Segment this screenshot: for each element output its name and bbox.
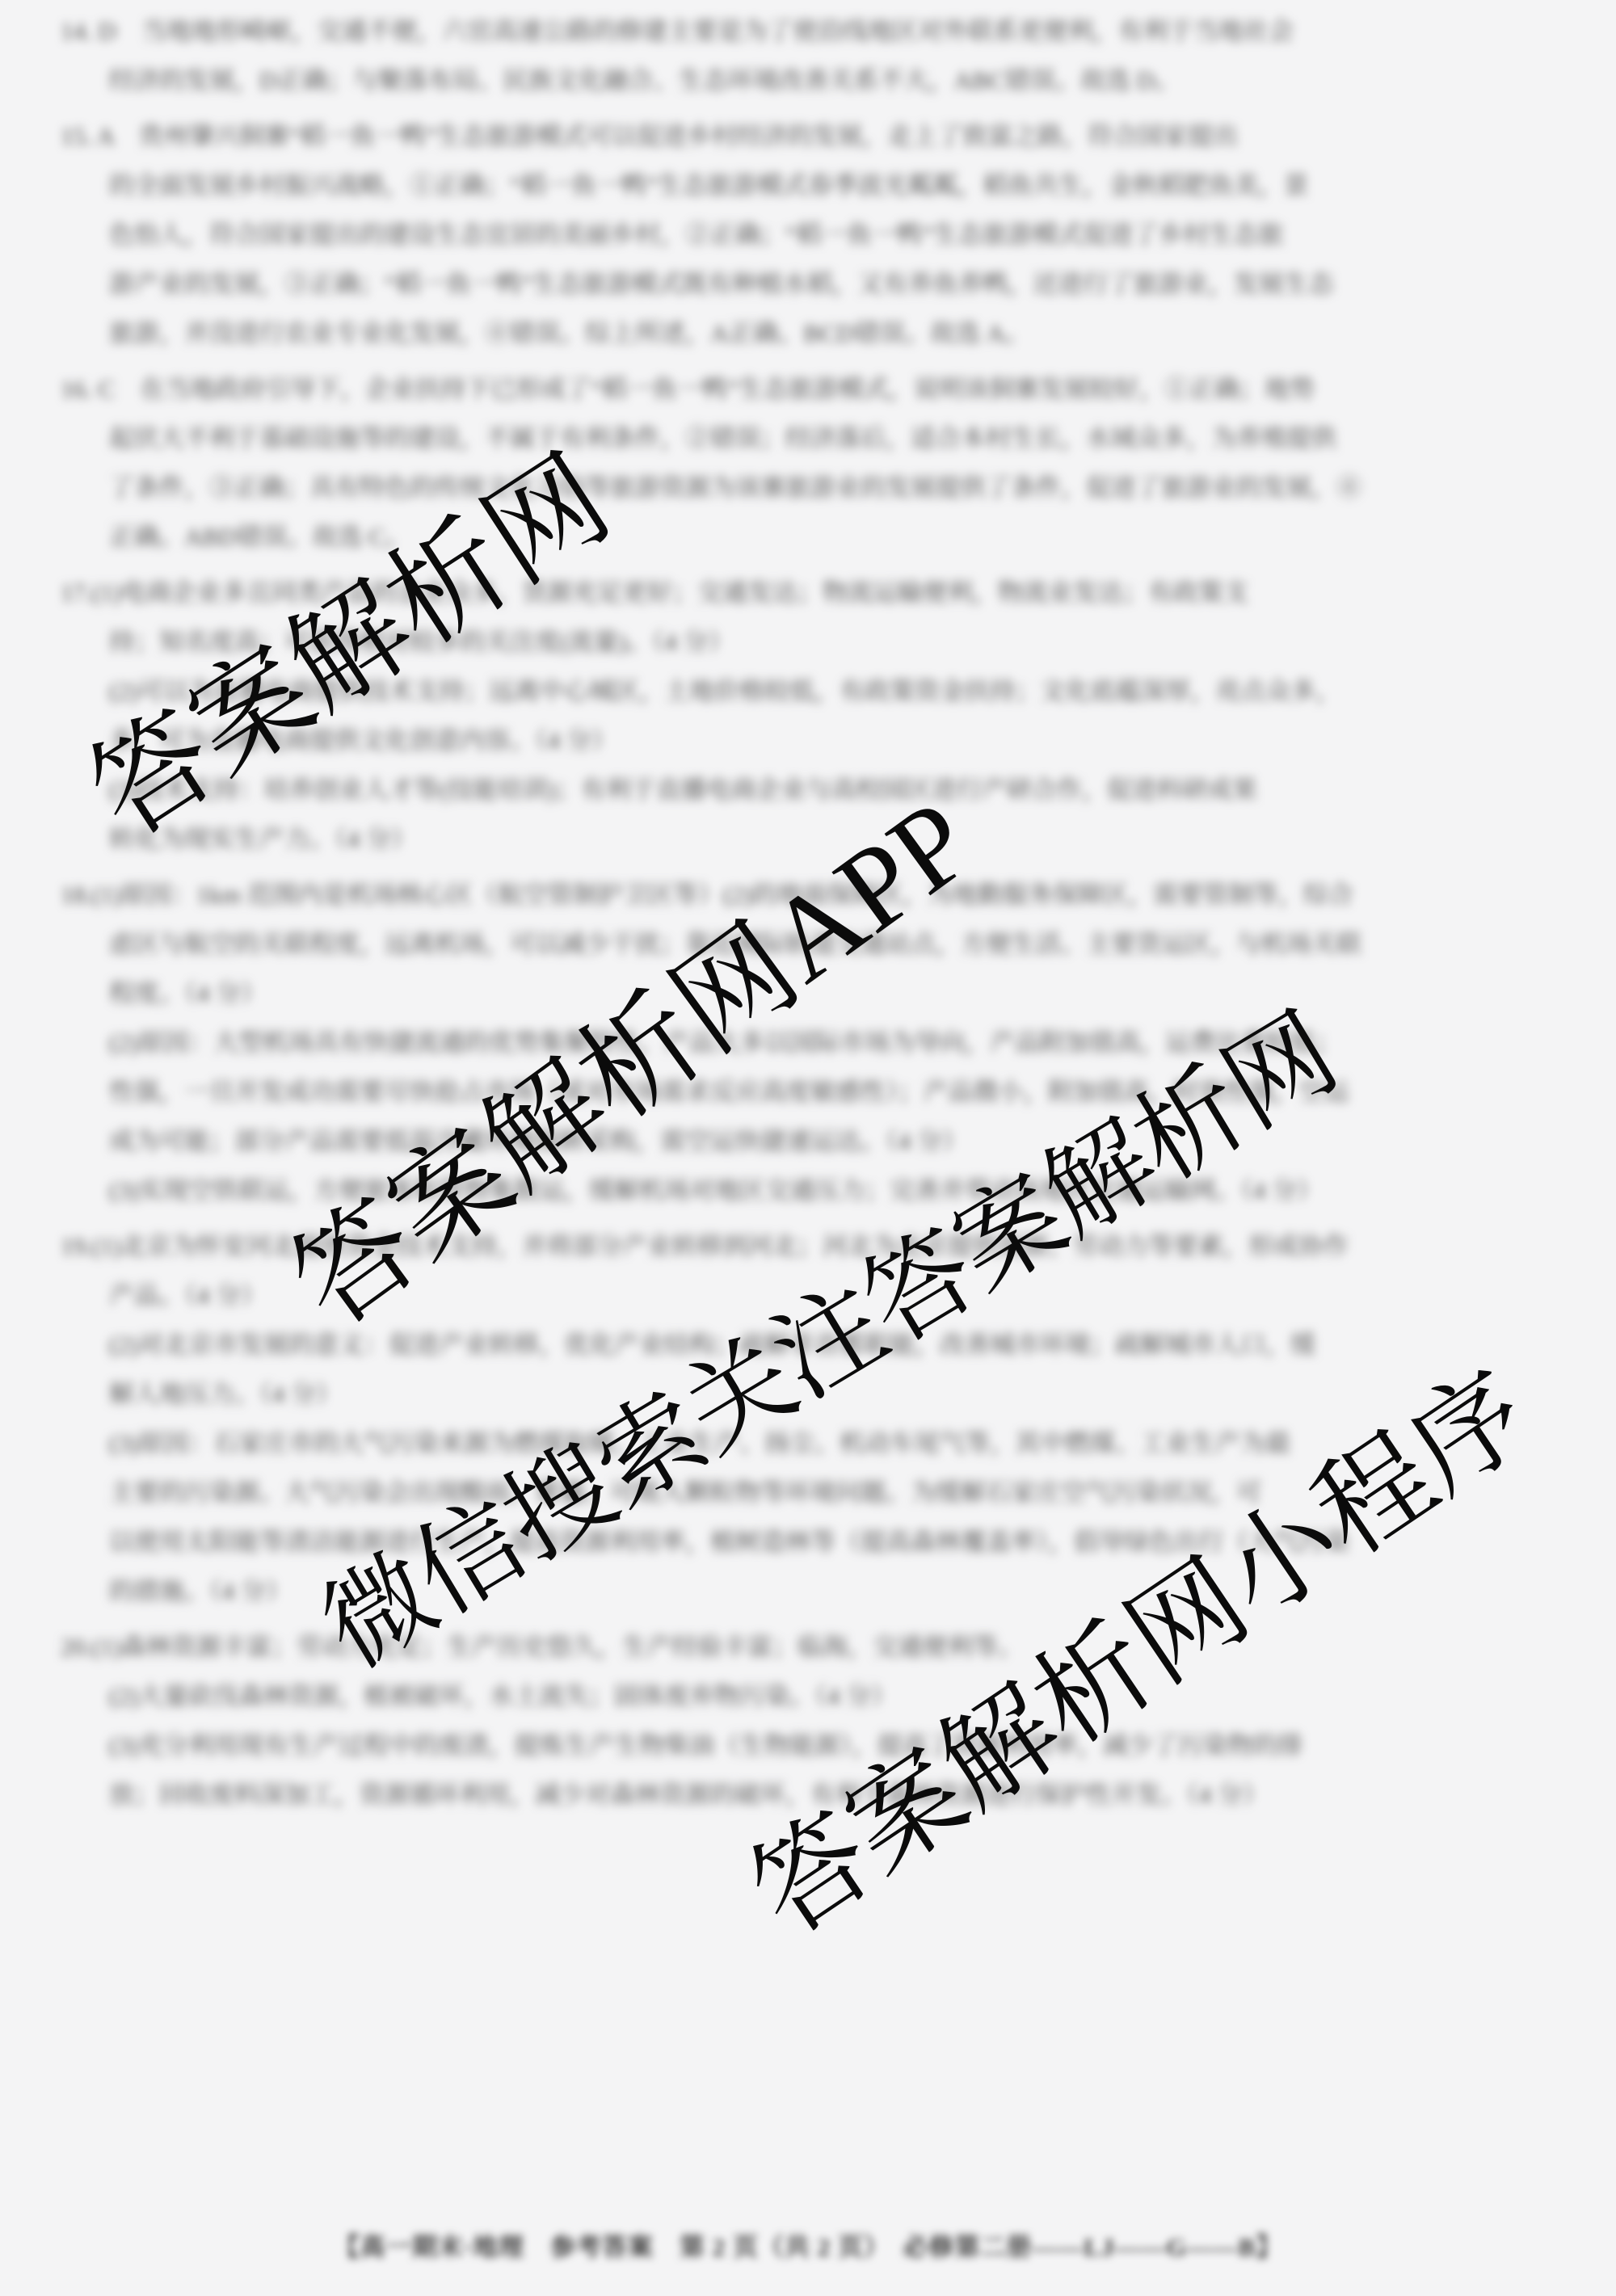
answer-line: 解人地压力。（4 分） [61, 1369, 1580, 1419]
answer-text-block: 14. D 当地地形崎岖，交通不便，六官高速公路的修建主要是为了使沿线地区对外联… [61, 6, 1580, 1819]
answer-line: 色怡人，符合国家提出的建设生态宜居的美丽乡村，②正确；“稻一鱼一鸭”生态旅游模式… [61, 210, 1580, 259]
answer-line: 放；回收废料深加工，资源循环利用，减少对森林资源的破坏，有利于森林资源进行保护性… [61, 1770, 1580, 1819]
answer-line: 的措施。（4 分） [61, 1566, 1580, 1616]
page-footer: 【高一期末·地理 参考答案 第 2 页（共 2 页） 必修第二册——LJ——G—… [335, 2227, 1282, 2263]
answer-line: (2)对北京市发展的意义：促进产业转移，优化产业结构；疏解非首都职能，改善城市环… [61, 1320, 1580, 1369]
answer-line: (2)可以为直播电商提供技术支持；远离中心城区，土地价格较低，有政策资金扶持；文… [61, 667, 1580, 716]
answer-line: 16. C 在当地政府引导下，企业扶持下已形成了“稻一鱼一鸭”生态旅游模式，说明… [61, 364, 1580, 414]
answer-line: 旅游，并没进行农业专业化发展，④错误。综上所述，A正确、BCD错误。故选 A。 [61, 309, 1580, 358]
answer-line: 游产业的发展，③正确；“稻一鱼一鸭”生态旅游模式既有种植水稻，又有养鱼养鸭，还进… [61, 259, 1580, 309]
answer-line: 20.(1)森林资源丰富；劳动力充足；生产历史悠久，生产经验丰富；临海，交通便利… [61, 1622, 1580, 1672]
answer-line: 19.(1)北京为怀安河北提供资金技术支持，并将部分产业转移到河北；河北为北京提… [61, 1222, 1580, 1271]
answer-line: (3)实现空铁联运，方便旅客和货物集散运，缓解机场对地区交通压力；完善并带动该地… [61, 1166, 1580, 1215]
answer-line: 正确。ABD错误。故选 C。 [61, 512, 1580, 561]
answer-line: 18.(1)原因：1km 范围内是机场核心区（航空管制护卫区等）(2)的地面保障… [61, 870, 1580, 919]
answer-line: (2)原因：大型机场具有快捷流通的优势集聚特性，产品大多以国际市场为导向，产品附… [61, 1018, 1580, 1067]
answer-line: 14. D 当地地形崎岖，交通不便，六官高速公路的修建主要是为了使沿线地区对外联… [61, 6, 1580, 56]
answer-line: 虑区与航空的关联程度，远离机场，可以减少干扰；靠近城际轨道交通站点，方便生活、主… [61, 919, 1580, 969]
answer-line: 经济的发展，D正确；与聚落布局、民族文化融合、生态环境改善关系不大，ABC错误。… [61, 56, 1580, 105]
answer-line: 以使用太阳能等清洁能源进行生产，提高资源利用率，植树造林等（提高森林覆盖率），倡… [61, 1517, 1580, 1566]
scanned-answer-page: 14. D 当地地形崎岖，交通不便，六官高速公路的修建主要是为了使沿线地区对外联… [0, 0, 1616, 2296]
answer-line: 性强，一旦开发成功需要尽快抢占市场（或对市场需求反应高度敏感性）；产品微小，附加… [61, 1067, 1580, 1116]
answer-line: 主要的污染源。大气污染会出现酸雨、雾霾、可吸入颗粒物等环境问题。为缓解石家庄空气… [61, 1468, 1580, 1517]
answer-line: 成为可能；部分产品需要低温冷藏环境保鲜采购，需空运快捷速运达。（4 分） [61, 1116, 1580, 1166]
answer-line: 程度。（4 分） [61, 969, 1580, 1018]
answer-line: 15. A 贵州肇兴侗寨“稻一鱼一鸭”生态旅游模式可以促进乡村经济的发展，走上了… [61, 111, 1580, 161]
answer-line: 转化为现实生产力。（4 分） [61, 814, 1580, 864]
answer-line: 的全面发展乡村振兴战略，①正确；“稻一鱼一鸭”生态旅游模式春季波光粼粼，稻鱼共生… [61, 161, 1580, 210]
answer-line: (3)原因：石家庄市的大气污染来源为燃煤取暖、工业生产、扬尘、机动车尾气等，其中… [61, 1419, 1580, 1468]
answer-line: (2)大量砍伐森林资源，植被破坏，水土流失；固体废弃物污染。（4 分） [61, 1672, 1580, 1721]
answer-line: (3)技术支持：培养创业人才等(技能培训)；有利于直播电商企业与高校园区进行产研… [61, 765, 1580, 814]
answer-line: 17.(1)电商企业多且同类产品的企业众多，货源充足更好；交通发达；物流运输便利… [61, 568, 1580, 617]
answer-line: (3)充分利用现有生产过程中的废渣，提炼生产生物柴油（生物能源），提高了资源利用… [61, 1721, 1580, 1770]
answer-line: 产品。（4 分） [61, 1271, 1580, 1320]
answer-line: 多，可为直播电商提供文化创意内容。（4 分） [61, 716, 1580, 765]
answer-line: 了条件，③正确；具有特色的传统文化习俗等旅游资源为该寨旅游业的发展提供了条件，促… [61, 463, 1580, 512]
answer-line: 起伏大不利于基础设施等的建设，不属于有利条件，②错误；经济落后，适合本村生长，水… [61, 414, 1580, 463]
answer-line: 持；知名度高；可获得相对较多的关注度(流量)。（4 分） [61, 617, 1580, 667]
